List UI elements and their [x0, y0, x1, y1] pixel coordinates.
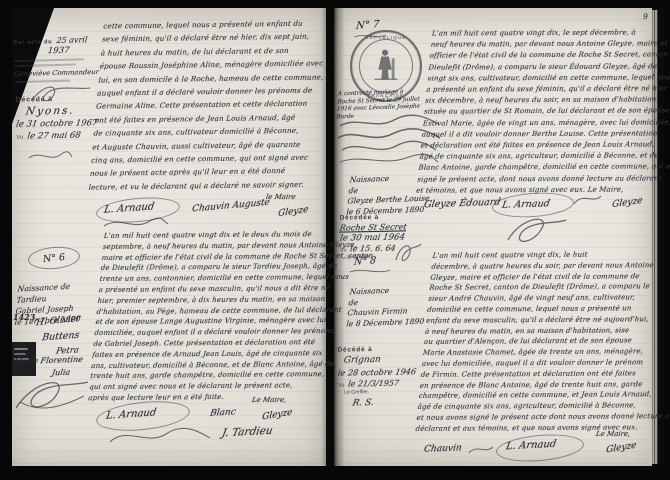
signature-scribble — [26, 148, 74, 164]
signature-arnaud: L. Arnaud — [501, 198, 551, 211]
faded-stamp-line — [14, 58, 84, 62]
death-date: le 28 octobre 1946 — [337, 366, 417, 377]
handwritten-name: Geneviève Commandeur — [14, 68, 101, 78]
marriage-mention-stamp: Par acte du 25 avril 1937 Geneviève Comm… — [13, 35, 100, 86]
death-place: Grignan — [343, 354, 417, 365]
stamp-text: Décédé à — [337, 345, 415, 353]
seen-date: le 21/3/1957 — [348, 379, 400, 389]
clerk-initials: R. S. — [351, 397, 417, 408]
birth-mention-chauvin: NaissancedeChauvin Firminle 8 Décembre 1… — [346, 285, 428, 330]
handwritten-date: 25 avril — [56, 35, 88, 45]
stamp-text: Par acte du — [13, 39, 52, 46]
death-mention-nyons: Décédé à Nyons. le 31 octobre 1967 Vu le… — [16, 95, 98, 141]
page-number: 9 — [643, 12, 648, 21]
underline-flourish — [348, 266, 392, 276]
stamp-text: Vu — [340, 247, 347, 253]
act5-continuation-text: cette commune, lequel nous a présenté un… — [88, 16, 336, 194]
stamp-text: Vu — [338, 383, 345, 389]
act6-text: L'an mil huit cent quatre vingt dix et l… — [88, 229, 337, 404]
signature-scribble — [10, 374, 94, 420]
scan-border-top — [0, 0, 670, 8]
handwritten-line: officier de l'état civil de la commune d… — [429, 50, 660, 62]
scanned-register-spread: cette commune, lequel nous a présenté un… — [0, 0, 670, 480]
handwritten-line: située au quartier de St Romain, de lui … — [423, 106, 654, 118]
mayor-role-label: le Maire — [265, 193, 296, 201]
signature-scribble — [390, 238, 424, 268]
seal-text-top: RÉPUBLIQUE — [352, 35, 420, 40]
signature-scribble — [100, 214, 170, 232]
stamp-text: Décédée à — [340, 213, 407, 221]
signature-scribble — [104, 424, 214, 450]
signature-paraph — [500, 212, 570, 252]
scan-border-right — [664, 0, 670, 480]
signature-scribble — [466, 442, 496, 458]
handwritten-line: Blanc Antoine, garde champêtre, domicili… — [418, 162, 649, 174]
signature-scribble — [570, 190, 604, 210]
mayor-role-label: Le Maire, — [595, 430, 631, 438]
stamp-text: Décédé à — [16, 95, 97, 103]
mayor-role-label: Le Maire, — [251, 396, 287, 404]
stamp-inner-line — [14, 348, 28, 350]
act7-number: N° 7 — [355, 19, 379, 32]
act8-text: L'an mil huit cent quatre vingt dix, le … — [415, 249, 663, 434]
inventory-number: 1423. — [13, 312, 38, 322]
handwritten-line: Dieulefit (Drôme), a comparu le sieur Éd… — [428, 61, 659, 73]
scan-border-bottom — [0, 466, 670, 480]
death-date: le 31 octobre 1967 — [15, 118, 98, 129]
act7-text: L'an mil huit cent quatre vingt dix, le … — [416, 27, 663, 196]
seen-date: le 27 mai 68 — [26, 131, 81, 142]
seal-figure-icon — [367, 45, 405, 85]
handwritten-line: et témoins, et que nous avons signé avec… — [416, 184, 647, 196]
faded-stamp-line — [14, 64, 76, 68]
stamp-text: Vu — [16, 135, 23, 141]
signature-chauvin: Chauvin — [423, 443, 462, 454]
act-number: N° 6 — [42, 252, 65, 265]
death-place: Nyons. — [25, 104, 98, 117]
stamp-inner-line — [14, 353, 26, 355]
clerk-label: Le Greffier, — [344, 388, 416, 395]
signature-blanc: Blanc — [209, 407, 236, 418]
death-mention-grignan: Décédé à Grignan le 28 octobre 1946 Vu l… — [337, 345, 416, 408]
death-place: Roche St Secret — [339, 221, 408, 232]
handwritten-year: 1937 — [47, 45, 100, 56]
